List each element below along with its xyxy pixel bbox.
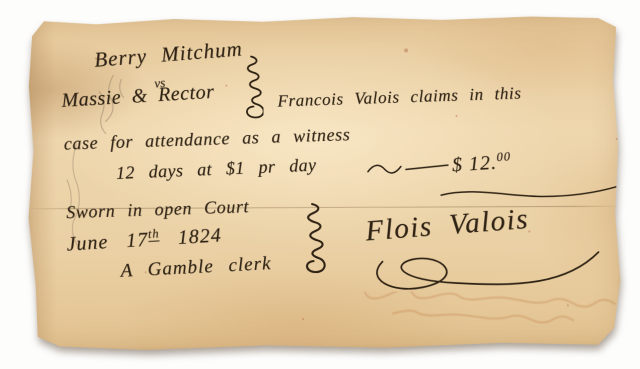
date-year: 1824	[177, 224, 222, 249]
amount-flourish-stroke	[438, 184, 622, 201]
clerk-signature: A Gamble clerk	[120, 253, 272, 283]
date-month-day: June 17	[66, 229, 149, 256]
amount-cents: 00	[496, 149, 511, 164]
amount-sign: $	[451, 154, 463, 177]
sworn-line: Sworn in open Court	[66, 196, 250, 223]
date-ordinal: th	[147, 226, 160, 242]
witness-signature: Flois Valois	[364, 203, 530, 248]
bleed-through-writing	[357, 308, 577, 330]
amount-main: 12.	[468, 152, 497, 176]
charge-line: 12 days at $1 pr day	[116, 155, 317, 184]
document-photo: Berry Mitchum vs Massie & Rector Francoi…	[0, 0, 640, 369]
plaintiff-name: Berry Mitchum	[93, 36, 243, 72]
paper-wrapper: Berry Mitchum vs Massie & Rector Francoi…	[25, 12, 623, 352]
court-bracket-squiggle-icon	[294, 202, 327, 284]
amount-value: $ 12.00	[451, 149, 512, 177]
tally-squiggle-icon	[366, 159, 450, 178]
claim-line-1: Francois Valois claims in this	[277, 83, 522, 111]
case-bracket-squiggle-icon	[235, 54, 263, 124]
paper-sheet: Berry Mitchum vs Massie & Rector Francoi…	[25, 12, 623, 352]
